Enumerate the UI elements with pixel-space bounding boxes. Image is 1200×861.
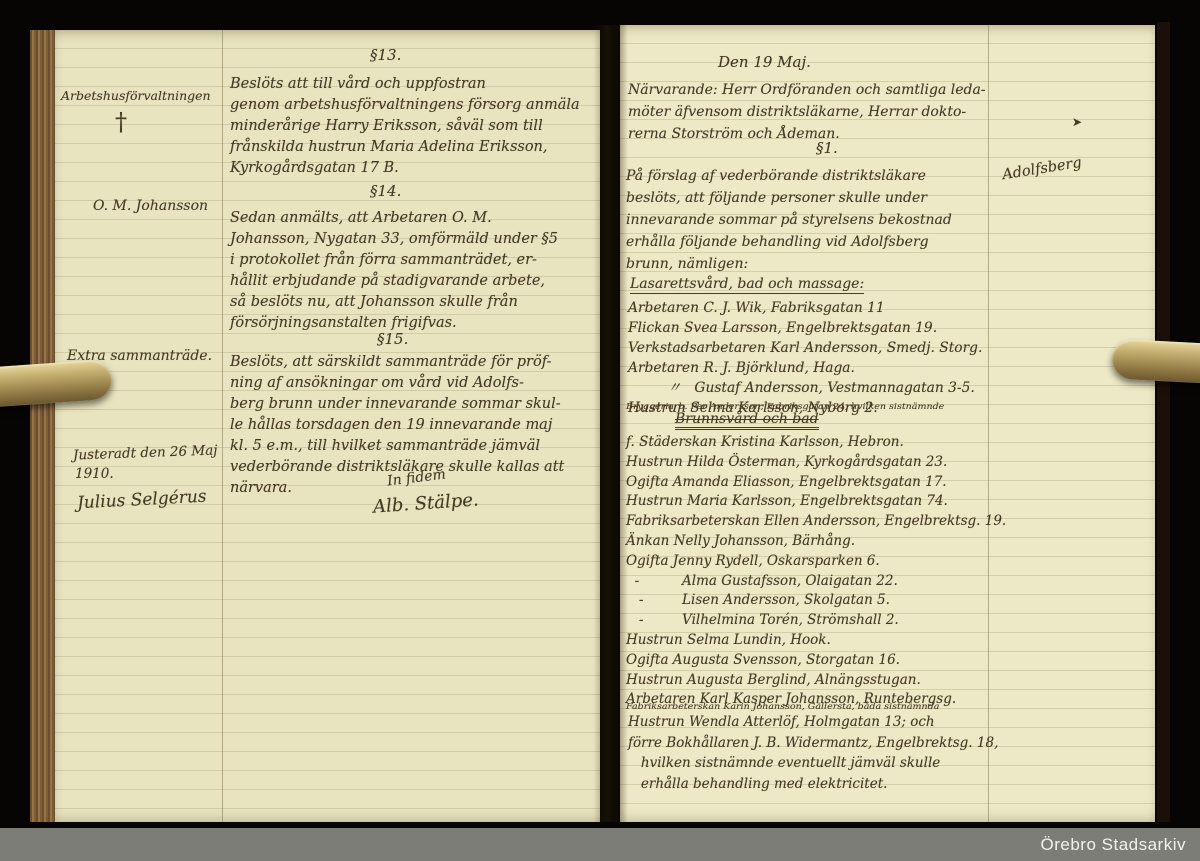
- patient-line: Verkstadsarbetaren Karl Andersson, Smedj…: [628, 338, 982, 358]
- patient-line: f. Städerskan Kristina Karlsson, Hebron.: [626, 433, 1006, 453]
- section-1-intro-text: På förslag af vederbörande distriktsläka…: [626, 165, 952, 275]
- handwritten-line: i protokollet från förra sammanträdet, e…: [230, 250, 558, 271]
- handwritten-line: Sedan anmälts, att Arbetaren O. M.: [230, 208, 558, 229]
- archive-photo: Arbetshusförvaltningen † O. M. Johansson…: [0, 0, 1200, 861]
- date-heading: Den 19 Maj.: [718, 53, 811, 71]
- handwritten-line: innevarande sommar på styrelsens bekostn…: [626, 209, 952, 231]
- handwritten-line: le hållas torsdagen den 19 innevarande m…: [230, 415, 564, 436]
- archive-name-label: Örebro Stadsarkiv: [1041, 835, 1187, 855]
- section-13-number: §13.: [370, 46, 401, 64]
- patient-line: Ogifta Amanda Eliasson, Engelbrektsgatan…: [626, 473, 1006, 493]
- patient-line: Ogifta Augusta Svensson, Storgatan 16.: [626, 651, 1006, 671]
- patient-line: Flickan Svea Larsson, Engelbrektsgatan 1…: [628, 318, 982, 338]
- book-cover-edge: [1157, 22, 1170, 822]
- handwritten-line: erhålla följande behandling vid Adolfsbe…: [626, 231, 952, 253]
- cross-mark-icon: †: [115, 108, 127, 136]
- section-1-number: §1.: [816, 139, 838, 157]
- closing-text: Hustrun Wendla Atterlöf, Holmgatan 13; o…: [628, 712, 998, 794]
- justering-signature: Julius Selgérus: [77, 487, 207, 514]
- section-13-text: Beslöts att till vård och uppfostrangeno…: [230, 74, 580, 179]
- margin-rule-line: [222, 30, 223, 822]
- patient-line: Hustrun Hilda Österman, Kyrkogårdsgatan …: [626, 453, 1006, 473]
- patient-line: Hustrun Augusta Berglind, Alnängsstugan.: [626, 671, 1006, 691]
- justering-note-line2: 1910.: [75, 466, 114, 482]
- handwritten-line: minderårige Harry Eriksson, såväl som ti…: [230, 116, 580, 137]
- handwritten-line: beslöts, att följande personer skulle un…: [626, 187, 952, 209]
- attendance-text: Närvarande: Herr Ordföranden och samtlig…: [628, 79, 986, 145]
- handwritten-line: förre Bokhållaren J. B. Widermantz, Enge…: [628, 733, 998, 754]
- justering-note-line1: Justeradt den 26 Maj: [73, 442, 218, 463]
- handwritten-line: Närvarande: Herr Ordföranden och samtlig…: [628, 79, 986, 101]
- treatment-heading-lasarettsvard: Lasarettsvård, bad och massage:: [630, 276, 864, 294]
- handwritten-line: Kyrkogårdsgatan 17 B.: [230, 158, 580, 179]
- patient-line: Hustrun Maria Karlsson, Engelbrektsgatan…: [626, 492, 1006, 512]
- patient-line: Fabriksarbeterskan Ellen Andersson, Enge…: [626, 512, 1006, 532]
- section-15-number: §15.: [377, 330, 408, 348]
- patient-line: Ogifta Jenny Rydell, Oskarsparken 6.: [626, 552, 1006, 572]
- patient-list-1: Arbetaren C. J. Wik, Fabriksgatan 11Flic…: [628, 298, 982, 418]
- patient-line: - Vilhelmina Torén, Strömshall 2.: [626, 611, 1006, 631]
- handwritten-line: hvilken sistnämnde eventuellt jämväl sku…: [628, 753, 998, 774]
- margin-note-adolfsberg: Adolfsberg: [1001, 155, 1083, 183]
- handwritten-line: ning af ansökningar om vård vid Adolfs-: [230, 373, 564, 394]
- handwritten-line: Beslöts att till vård och uppfostran: [230, 74, 580, 95]
- handwritten-line: erhålla behandling med elektricitet.: [628, 774, 998, 795]
- handwritten-line: hållit erbjudande på stadigvarande arbet…: [230, 271, 558, 292]
- archive-watermark-bar: Örebro Stadsarkiv: [0, 828, 1200, 861]
- patient-list-2: f. Städerskan Kristina Karlsson, Hebron.…: [626, 433, 1006, 710]
- patient-line: - Alma Gustafsson, Olaigatan 22.: [626, 572, 1006, 592]
- handwritten-line: Hustrun Wendla Atterlöf, Holmgatan 13; o…: [628, 712, 998, 733]
- margin-arrow-icon: ➤: [1072, 115, 1082, 129]
- handwritten-line: brunn, nämligen:: [626, 253, 952, 275]
- patient-line: Hustrun Selma Lundin, Hook.: [626, 631, 1006, 651]
- handwritten-line: Johansson, Nygatan 33, omförmäld under §…: [230, 229, 558, 250]
- book-gutter: [594, 25, 628, 822]
- handwritten-line: rerna Storström och Ådeman.: [628, 123, 986, 145]
- margin-entry-johansson: O. M. Johansson: [93, 198, 208, 214]
- patient-line: Arbetaren R. J. Björklund, Haga.: [628, 358, 982, 378]
- page-edge-stack: [30, 30, 57, 822]
- patient-line: 〃 Gustaf Andersson, Vestmannagatan 3-5.: [628, 378, 982, 398]
- section-14-number: §14.: [370, 182, 401, 200]
- inserted-note-2: Fabriksarbeterskan Karin Johansson, Gäll…: [626, 701, 939, 711]
- left-page: Arbetshusförvaltningen † O. M. Johansson…: [55, 30, 600, 822]
- handwritten-line: frånskilda hustrun Maria Adelina Eriksso…: [230, 137, 580, 158]
- handwritten-line: så beslöts nu, att Johansson skulle från: [230, 292, 558, 313]
- margin-entry-arbetshusforvaltningen: Arbetshusförvaltningen: [61, 88, 211, 103]
- patient-line: Arbetaren C. J. Wik, Fabriksgatan 11: [628, 298, 982, 318]
- section-14-text: Sedan anmälts, att Arbetaren O. M.Johans…: [230, 208, 558, 334]
- handwritten-line: möter äfvensom distriktsläkarne, Herrar …: [628, 101, 986, 123]
- patient-line: - Lisen Andersson, Skolgatan 5.: [626, 591, 1006, 611]
- treatment-heading-brunnsvard: Brunnsvård och bad: [675, 411, 819, 430]
- handwritten-line: Beslöts, att särskildt sammanträde för p…: [230, 352, 564, 373]
- handwritten-line: På förslag af vederbörande distriktsläka…: [626, 165, 952, 187]
- brass-clasp-right: [1111, 339, 1200, 384]
- handwritten-line: kl. 5 e.m., till hvilket sammanträde jäm…: [230, 436, 564, 457]
- patient-line: Änkan Nelly Johansson, Bärhång.: [626, 532, 1006, 552]
- handwritten-line: genom arbetshusförvaltningens försorg an…: [230, 95, 580, 116]
- right-page: Den 19 Maj. Närvarande: Herr Ordföranden…: [620, 25, 1155, 822]
- handwritten-line: berg brunn under innevarande sommar skul…: [230, 394, 564, 415]
